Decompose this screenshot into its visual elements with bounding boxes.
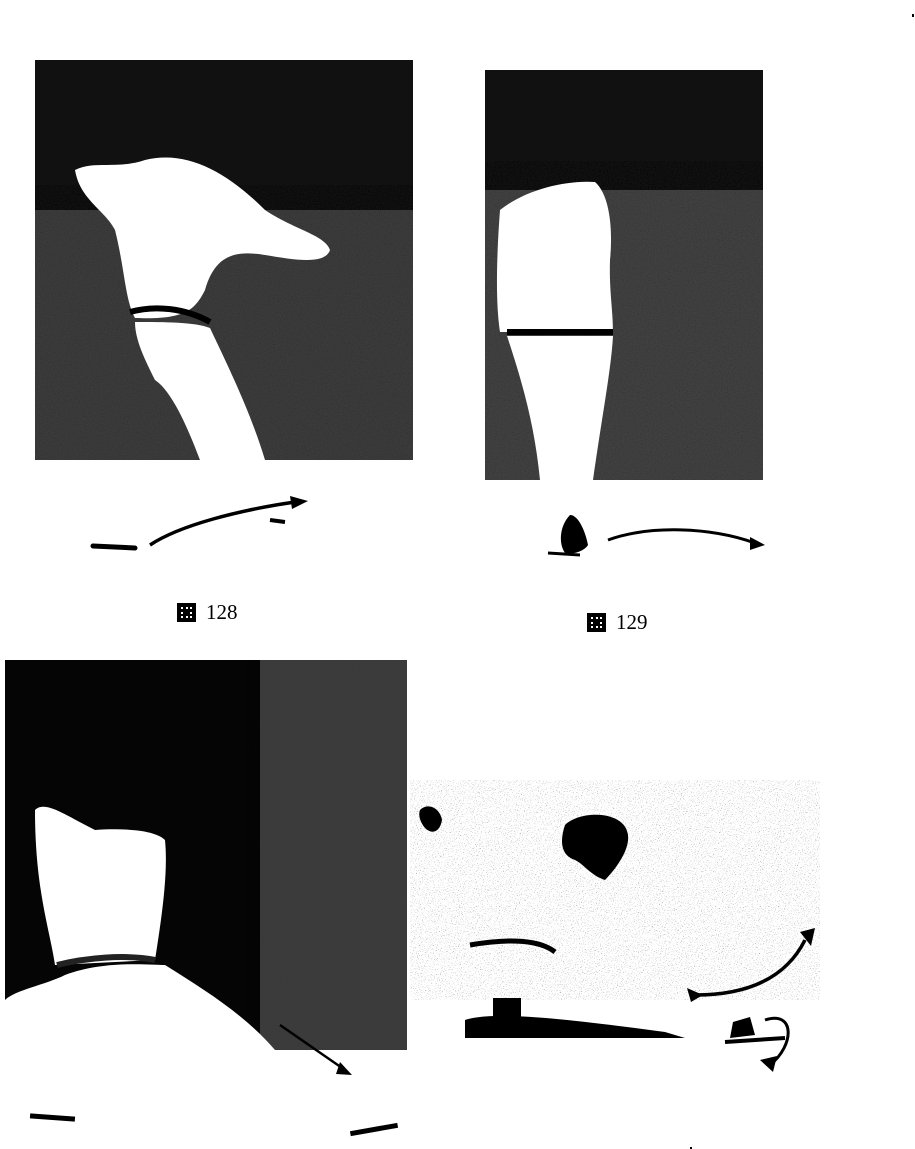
figure-130-motion-arrow	[270, 1020, 370, 1090]
figure-129-image	[485, 70, 763, 480]
figure-128-image	[35, 60, 413, 460]
figure-130-photo	[5, 660, 407, 1050]
figure-131-motion-arrows	[455, 920, 835, 1080]
figure-129-motion-arrow	[540, 495, 780, 565]
figure-label-glyph: 图	[177, 603, 196, 622]
figure-128-caption: 图 128	[177, 600, 238, 625]
figure-128-motion-arrow	[90, 490, 320, 560]
figure-129-number: 129	[616, 610, 648, 635]
scan-speck	[912, 14, 914, 17]
figure-128-number: 128	[206, 600, 238, 625]
figure-130-image	[5, 660, 407, 1050]
figure-129-caption: 图 129	[587, 610, 648, 635]
figure-128-photo	[35, 60, 413, 460]
figure-130-foot-right	[350, 1123, 398, 1136]
figure-129-photo	[485, 70, 763, 480]
figure-label-glyph: 图	[587, 613, 606, 632]
figure-130-foot-left	[30, 1113, 75, 1121]
